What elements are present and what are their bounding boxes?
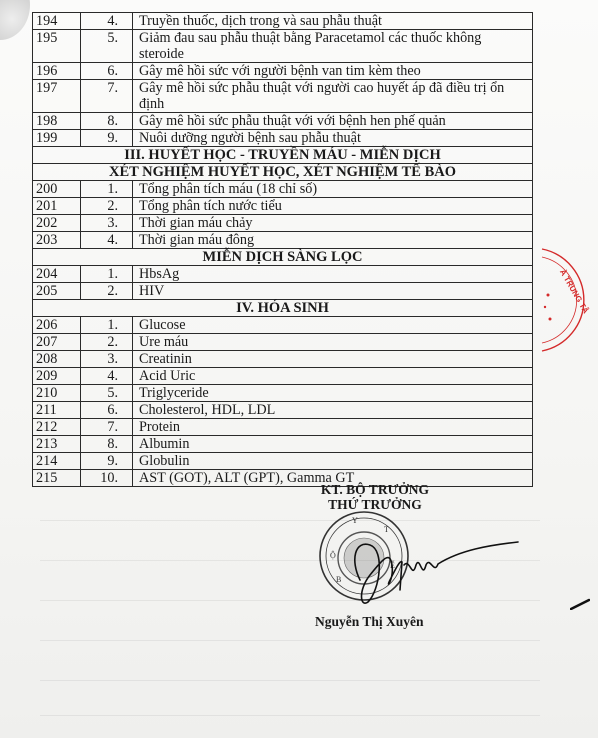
row-name: Gây mê hồi sức phẫu thuật với người cao … <box>133 80 533 113</box>
pen-mark-icon <box>570 598 590 610</box>
row-index: 212 <box>33 419 81 436</box>
row-index: 198 <box>33 113 81 130</box>
section-title: III. HUYẾT HỌC - TRUYỀN MÁU - MIỄN DỊCH <box>33 147 533 164</box>
row-number: 7. <box>81 80 133 113</box>
row-name: Nuôi dưỡng người bệnh sau phẫu thuật <box>133 130 533 147</box>
row-index: 195 <box>33 30 81 63</box>
row-name: Gây mê hồi sức với người bệnh van tim kè… <box>133 63 533 80</box>
row-name: Glucose <box>133 317 533 334</box>
section-title: XÉT NGHIỆM HUYẾT HỌC, XÉT NGHIỆM TẾ BÀO <box>33 164 533 181</box>
row-number: 5. <box>81 30 133 63</box>
row-name: Giảm đau sau phẫu thuật bằng Paracetamol… <box>133 30 533 63</box>
row-index: 201 <box>33 198 81 215</box>
row-name: Globulin <box>133 453 533 470</box>
row-index: 205 <box>33 283 81 300</box>
row-name: Cholesterol, HDL, LDL <box>133 402 533 419</box>
handwritten-signature-icon <box>330 520 520 610</box>
row-number: 7. <box>81 419 133 436</box>
table-row: 2138.Albumin <box>33 436 533 453</box>
table-row: 2023.Thời gian máu chảy <box>33 215 533 232</box>
row-index: 197 <box>33 80 81 113</box>
row-index: 213 <box>33 436 81 453</box>
row-index: 209 <box>33 368 81 385</box>
row-index: 215 <box>33 470 81 487</box>
table-row: 2094.Acid Uric <box>33 368 533 385</box>
row-number: 4. <box>81 232 133 249</box>
services-table: 1944.Truyền thuốc, dịch trong và sau phẫ… <box>32 12 533 487</box>
row-name: Albumin <box>133 436 533 453</box>
row-number: 9. <box>81 130 133 147</box>
row-name: Protein <box>133 419 533 436</box>
row-index: 199 <box>33 130 81 147</box>
row-index: 196 <box>33 63 81 80</box>
table-row: 1999.Nuôi dưỡng người bệnh sau phẫu thuậ… <box>33 130 533 147</box>
table-row: 2083.Creatinin <box>33 351 533 368</box>
row-number: 10. <box>81 470 133 487</box>
table-row: 1955.Giảm đau sau phẫu thuật bằng Parace… <box>33 30 533 63</box>
table-row: 1988.Gây mê hồi sức phẫu thuật với với b… <box>33 113 533 130</box>
row-number: 1. <box>81 317 133 334</box>
section-header-row: XÉT NGHIỆM HUYẾT HỌC, XÉT NGHIỆM TẾ BÀO <box>33 164 533 181</box>
section-title: IV. HÓA SINH <box>33 300 533 317</box>
row-number: 6. <box>81 402 133 419</box>
row-name: Tổng phân tích nước tiểu <box>133 198 533 215</box>
row-index: 214 <box>33 453 81 470</box>
row-number: 2. <box>81 334 133 351</box>
row-index: 206 <box>33 317 81 334</box>
table-row: 2127.Protein <box>33 419 533 436</box>
table-row: 2052.HIV <box>33 283 533 300</box>
section-header-row: MIỄN DỊCH SÀNG LỌC <box>33 249 533 266</box>
row-name: Truyền thuốc, dịch trong và sau phẫu thu… <box>133 13 533 30</box>
row-name: Acid Uric <box>133 368 533 385</box>
row-name: HbsAg <box>133 266 533 283</box>
section-title: MIỄN DỊCH SÀNG LỌC <box>33 249 533 266</box>
row-number: 6. <box>81 63 133 80</box>
section-header-row: III. HUYẾT HỌC - TRUYỀN MÁU - MIỄN DỊCH <box>33 147 533 164</box>
row-number: 4. <box>81 13 133 30</box>
table-row: 2034.Thời gian máu đông <box>33 232 533 249</box>
table-row: 2012.Tổng phân tích nước tiểu <box>33 198 533 215</box>
row-name: Thời gian máu chảy <box>133 215 533 232</box>
row-name: Triglyceride <box>133 385 533 402</box>
table-row: 2149.Globulin <box>33 453 533 470</box>
table-row: 2105.Triglyceride <box>33 385 533 402</box>
row-index: 207 <box>33 334 81 351</box>
table-row: 2001.Tổng phân tích máu (18 chỉ số) <box>33 181 533 198</box>
row-number: 3. <box>81 351 133 368</box>
table-row: 2041.HbsAg <box>33 266 533 283</box>
row-number: 2. <box>81 283 133 300</box>
table-row: 1966.Gây mê hồi sức với người bệnh van t… <box>33 63 533 80</box>
bleed-through-line <box>40 715 540 716</box>
signature-title: KT. BỘ TRƯỞNG <box>300 482 450 497</box>
row-number: 8. <box>81 436 133 453</box>
section-header-row: IV. HÓA SINH <box>33 300 533 317</box>
row-index: 204 <box>33 266 81 283</box>
row-name: Creatinin <box>133 351 533 368</box>
row-name: HIV <box>133 283 533 300</box>
table-row: 1977.Gây mê hồi sức phẫu thuật với người… <box>33 80 533 113</box>
row-index: 208 <box>33 351 81 368</box>
row-index: 203 <box>33 232 81 249</box>
table-row: 1944.Truyền thuốc, dịch trong và sau phẫ… <box>33 13 533 30</box>
row-number: 1. <box>81 181 133 198</box>
row-name: Ure máu <box>133 334 533 351</box>
services-table-body: 1944.Truyền thuốc, dịch trong và sau phẫ… <box>33 13 533 487</box>
row-number: 8. <box>81 113 133 130</box>
signature-block: KT. BỘ TRƯỞNG THỨ TRƯỞNG <box>300 482 450 512</box>
stamp-text: À TRUNG TÂ <box>558 268 590 315</box>
table-row: 2061.Glucose <box>33 317 533 334</box>
row-index: 210 <box>33 385 81 402</box>
bleed-through-line <box>40 640 540 641</box>
row-number: 1. <box>81 266 133 283</box>
red-stamp-icon: À TRUNG TÂ <box>540 245 590 355</box>
row-index: 200 <box>33 181 81 198</box>
table-row: 2116.Cholesterol, HDL, LDL <box>33 402 533 419</box>
row-name: Tổng phân tích máu (18 chỉ số) <box>133 181 533 198</box>
row-index: 202 <box>33 215 81 232</box>
row-number: 4. <box>81 368 133 385</box>
bleed-through-line <box>40 680 540 681</box>
row-name: Gây mê hồi sức phẫu thuật với với bệnh h… <box>133 113 533 130</box>
row-number: 5. <box>81 385 133 402</box>
row-index: 211 <box>33 402 81 419</box>
row-number: 3. <box>81 215 133 232</box>
signer-name: Nguyễn Thị Xuyên <box>315 614 424 630</box>
row-number: 9. <box>81 453 133 470</box>
row-index: 194 <box>33 13 81 30</box>
table-row: 2072.Ure máu <box>33 334 533 351</box>
table-row: 21510.AST (GOT), ALT (GPT), Gamma GT <box>33 470 533 487</box>
row-number: 2. <box>81 198 133 215</box>
row-name: Thời gian máu đông <box>133 232 533 249</box>
